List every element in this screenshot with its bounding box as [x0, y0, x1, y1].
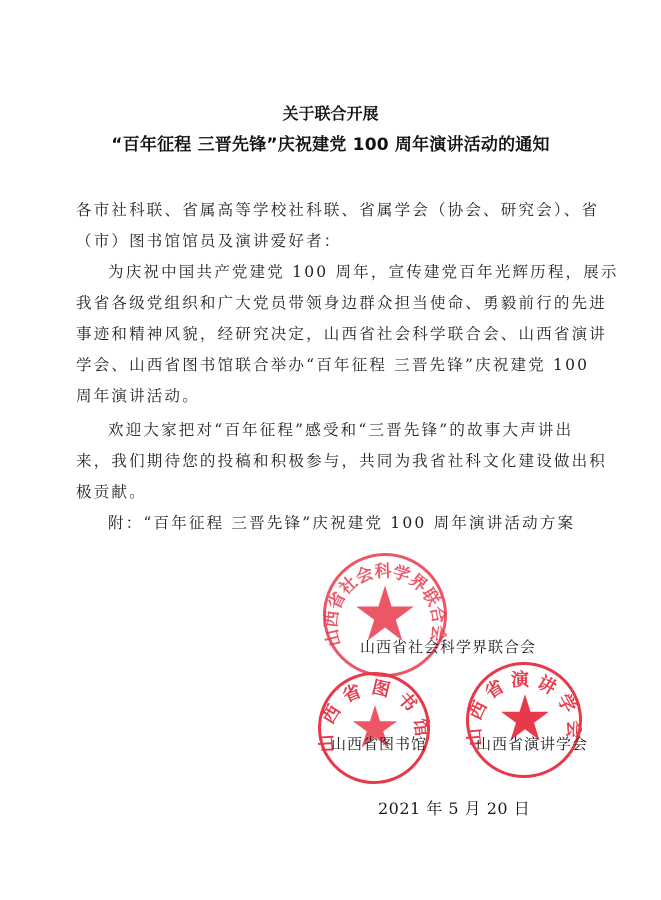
paragraph1-line-2: 我省各级党组织和广大党员带领身边群众担当使命、勇毅前行的先进: [76, 291, 607, 313]
document-date: 2021 年 5 月 20 日: [378, 796, 530, 819]
paragraph2-line-1: 欢迎大家把对“百年征程”感受和“三晋先锋”的故事大声讲出: [108, 418, 573, 440]
signature-speech-society: 山西省演讲学会: [476, 733, 588, 754]
attachment-note: 附：“百年征程 三晋先锋”庆祝建党 100 周年演讲活动方案: [108, 511, 575, 533]
seal-arc-text: 山西省图书馆: [318, 672, 430, 784]
salutation-line-1: 各市社科联、省属高等学校社科联、省属学会（协会、研究会）、省: [76, 198, 599, 220]
paragraph2-line-3: 极贡献。: [76, 480, 147, 502]
document-title-line1: 关于联合开展: [0, 101, 661, 124]
paragraph1-line-1: 为庆祝中国共产党建党 100 周年，宣传建党百年光辉历程，展示: [108, 260, 619, 282]
signature-social-science: 山西省社会科学界联合会: [360, 636, 536, 657]
paragraph1-line-3: 事迹和精神风貌，经研究决定，山西省社会科学联合会、山西省演讲: [76, 322, 607, 344]
seal-arc-text: 山西省社会科学界联合会: [323, 553, 447, 677]
signature-library: 山西省图书馆: [331, 733, 427, 754]
paragraph1-line-5: 周年演讲活动。: [76, 384, 200, 406]
salutation-line-2: （市）图书馆馆员及演讲爱好者：: [76, 229, 342, 251]
document-title-line2: “百年征程 三晋先锋”庆祝建党 100 周年演讲活动的通知: [0, 130, 661, 155]
paragraph2-line-2: 来，我们期待您的投稿和积极参与，共同为我省社科文化建设做出积: [76, 449, 607, 471]
paragraph1-line-4: 学会、山西省图书馆联合举办“百年征程 三晋先锋”庆祝建党 100: [76, 353, 589, 375]
seal-arc-text: 山西省演讲学会: [466, 662, 582, 778]
